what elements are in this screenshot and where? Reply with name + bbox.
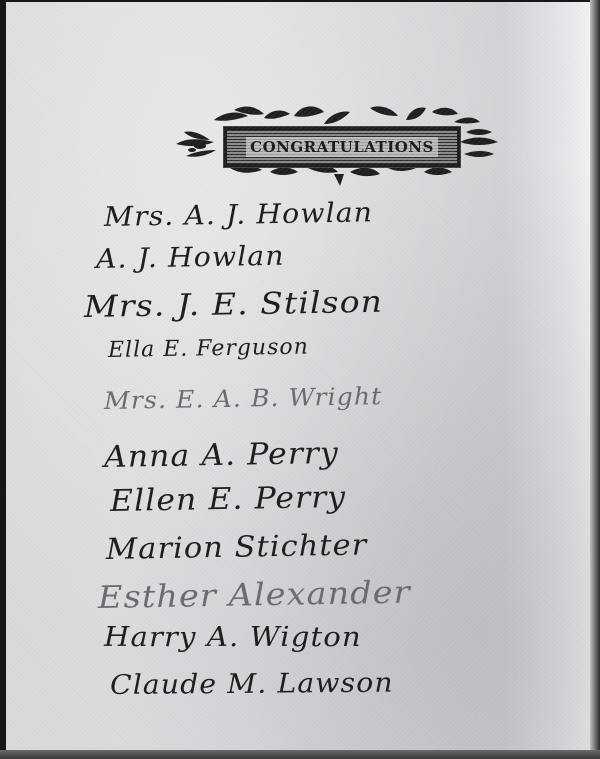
scanned-page-frame: Congratulations Mrs. A. J. Howlan A. J. … <box>0 0 600 759</box>
congratulations-banner: Congratulations <box>174 102 500 187</box>
signature-line: Harry A. Wigton <box>104 622 362 653</box>
signature-line: A. J. Howlan <box>96 241 285 275</box>
signature-line: Mrs. A. J. Howlan <box>104 197 373 233</box>
signature-line: Ellen E. Perry <box>110 480 347 519</box>
signature-line: Esther Alexander <box>98 575 411 616</box>
signature-line: Claude M. Lawson <box>110 668 394 701</box>
signature-line: Ella E. Ferguson <box>108 334 309 363</box>
signature-line: Marion Stichter <box>106 527 368 566</box>
title-plate: Congratulations <box>224 127 460 167</box>
signature-line: Mrs. J. E. Stilson <box>84 285 384 325</box>
signature-line: Anna A. Perry <box>104 436 339 475</box>
scan-edge-bottom <box>0 750 600 759</box>
header-title: Congratulations <box>246 137 438 157</box>
paper-page: Congratulations Mrs. A. J. Howlan A. J. … <box>6 2 590 750</box>
scan-edge-right <box>590 0 600 759</box>
signature-line: Mrs. E. A. B. Wright <box>104 382 383 415</box>
